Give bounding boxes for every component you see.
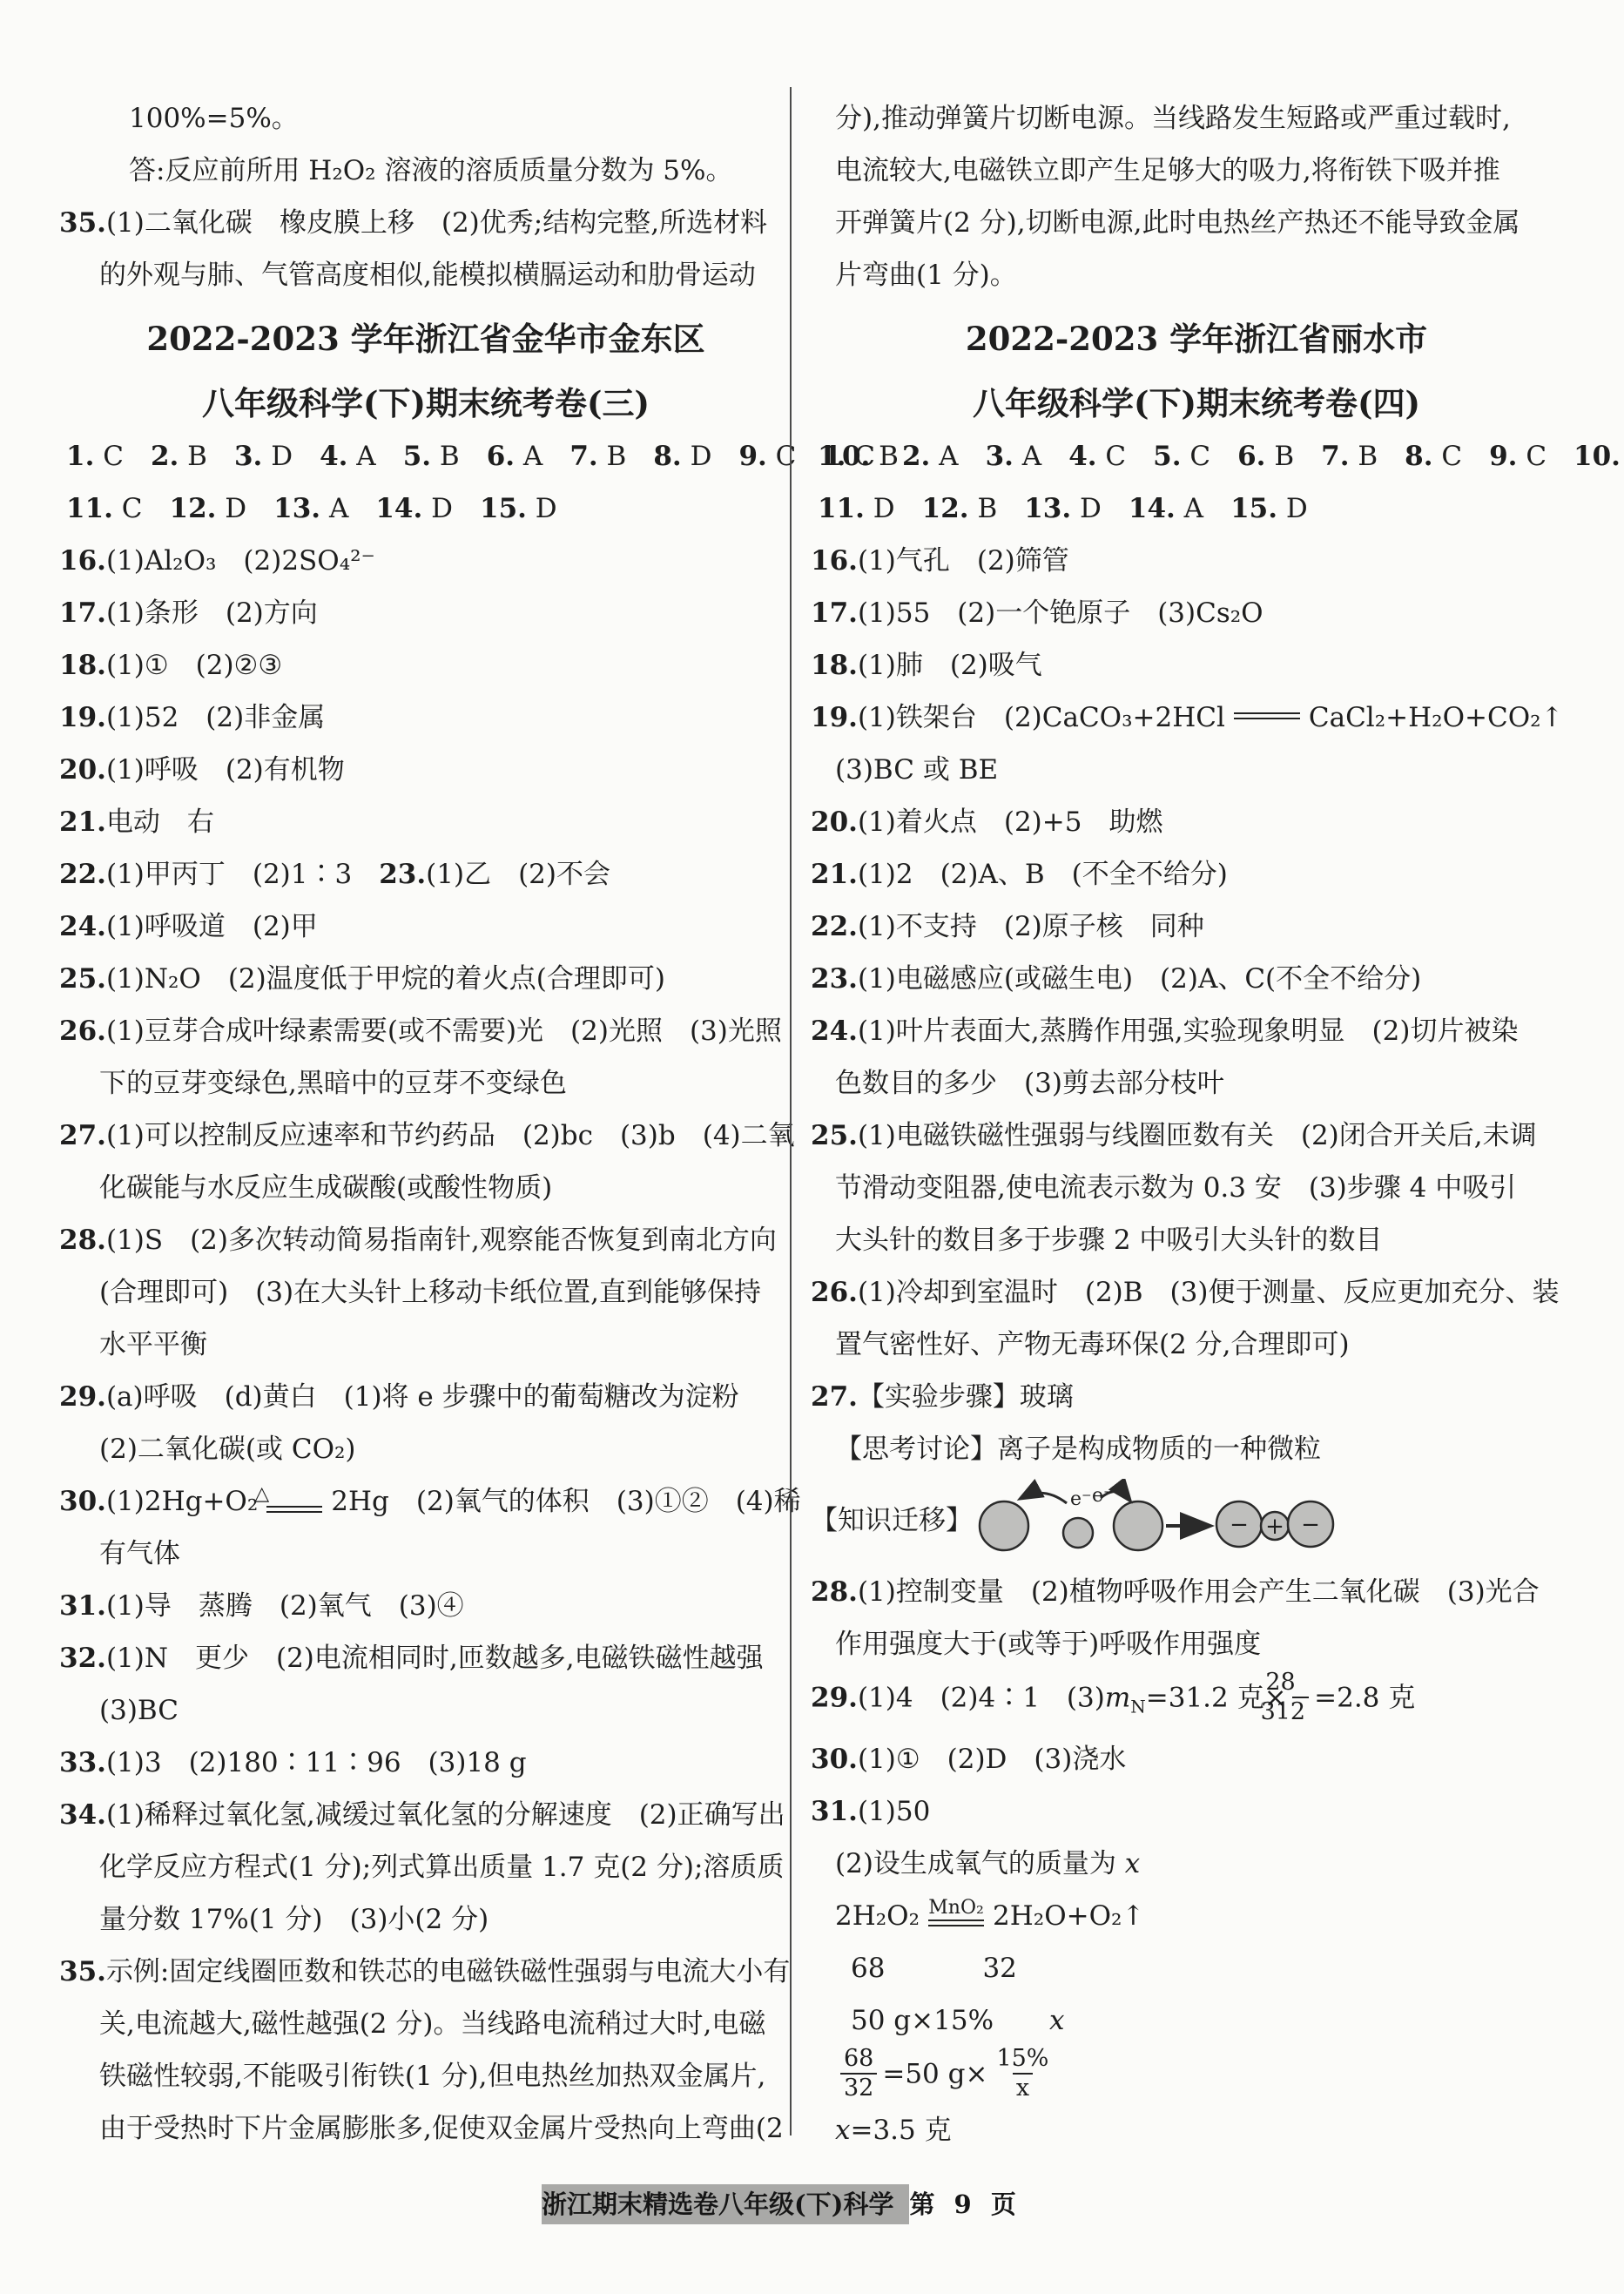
text-segment: (1)冷却到室温时 (2)B (3)便于测量、反应更加充分、装 [858,1277,1560,1308]
text-segment: (3)BC [99,1695,179,1726]
answer-item: 19.(1)铁架台 (2)CaCO₃+2HClCaCl₂+H₂O+CO₂↑ [811,692,1582,744]
worked-solution-line: 6832 [811,1942,1582,1994]
question-number: 24. [59,911,106,942]
answer-continuation-line: 关,电流越大,磁性越强(2 分)。当线路电流稍过大时,电磁 [59,1998,792,2050]
question-number: 29. [811,1683,858,1714]
exam-paper-title: 2022-2023 学年浙江省金华市金东区 [59,312,792,366]
page-footer: 浙江期末精选卷八年级(下)科学第 9 页 [542,2184,909,2224]
knowledge-transfer-line: 【知识迁移】 e⁻ e⁻ − + − [811,1475,1582,1566]
text-segment: D [216,493,273,524]
variable-text: x [1049,2005,1064,2036]
question-number: 6. [487,441,515,472]
variable-text: x [1125,1848,1140,1879]
text-segment: (1)豆芽合成叶绿素需要(或不需要)光 (2)光照 (3)光照 [106,1015,782,1047]
text-segment: (a)呼吸 (d)黄白 (1)将 e 步骤中的葡萄糖改为淀粉 [106,1381,739,1413]
worked-solution-line: 答:反应前所用 H₂O₂ 溶液的溶质质量分数为 5%。 [59,145,792,197]
answer-continuation-line: 色数目的多少 (3)剪去部分枝叶 [811,1057,1582,1110]
question-number: 2. [902,441,930,472]
text-segment: CaCl₂+H₂O+CO₂↑ [1309,702,1564,733]
atom-circle-small [1063,1518,1093,1548]
answer-continuation-line: x=3.5 克 [811,2104,1582,2156]
answer-continuation-line: 有气体 [59,1528,792,1580]
answer-continuation-line: 电流较大,电磁铁立即产生足够大的吸力,将衔铁下吸并推 [811,145,1582,197]
text-segment: C [113,493,170,524]
answer-item: 31.(1)50 [811,1785,1582,1838]
answer-continuation-line: 置气密性好、产物无毒环保(2 分,合理即可) [811,1319,1582,1371]
text-segment: 2022-2023 学年浙江省金华市金东区 [146,320,704,358]
question-number: 20. [59,754,106,786]
question-number: 7. [569,441,597,472]
question-number: 17. [59,597,106,629]
text-segment: 置气密性好、产物无毒环保(2 分,合理即可) [835,1329,1350,1360]
fraction: 15%x [993,2045,1052,2102]
question-number: 19. [59,702,106,733]
text-segment: (1)呼吸 (2)有机物 [106,754,345,786]
answer-item: 26.(1)豆芽合成叶绿素需要(或不需要)光 (2)光照 (3)光照 [59,1005,792,1057]
atom-circle-large-mid [1114,1501,1162,1550]
exam-paper-title: 2022-2023 学年浙江省丽水市 [811,312,1582,366]
question-number: 17. [811,597,858,629]
answer-continuation-line: 作用强度大于(或等于)呼吸作用强度 [811,1618,1582,1670]
answer-item: 20.(1)呼吸 (2)有机物 [59,744,792,796]
text-segment: 2H₂O+O₂↑ [993,1900,1144,1932]
answer-item: 18.(1)肺 (2)吸气 [811,639,1582,692]
text-segment: (1)不支持 (2)原子核 同种 [858,911,1204,942]
text-segment: 片弯曲(1 分)。 [835,260,1017,291]
answer-continuation-line: (3)BC 或 BE [811,744,1582,796]
exam-paper-title: 八年级科学(下)期末统考卷(三) [59,376,792,430]
question-number: 25. [811,1120,858,1151]
footer-book-title: 浙江期末精选卷八年级(下)科学 [542,2189,893,2219]
question-number: 28. [59,1225,106,1256]
question-number: 9. [1489,441,1517,472]
text-segment: 【思考讨论】离子是构成物质的一种微粒 [835,1434,1321,1465]
fraction-denominator: x [1013,2073,1033,2102]
text-segment: C [1517,441,1573,472]
answer-continuation-line: 【思考讨论】离子是构成物质的一种微粒 [811,1423,1582,1475]
question-number: 3. [986,441,1014,472]
text-segment: (1)条形 (2)方向 [106,597,318,629]
text-segment: (1)气孔 (2)筛管 [858,545,1069,577]
text-segment: 有气体 [99,1538,180,1569]
fraction-denominator: 32 [840,2073,877,2102]
text-segment: (1)着火点 (2)+5 助燃 [858,806,1163,838]
question-number: 14. [1129,493,1176,524]
question-number: 26. [59,1015,106,1047]
text-segment: 100%=5%。 [129,103,299,134]
text-segment: A [1014,441,1068,472]
answer-item: 18.(1)① (2)②③ [59,639,792,692]
text-segment: B [1265,441,1321,472]
variable-text: x [835,2115,850,2146]
question-number: 14. [375,493,422,524]
question-number: 31. [59,1590,106,1622]
answer-continuation-line: 分),推动弹簧片切断电源。当线路发生短路或严重过载时, [811,92,1582,145]
text-segment: 色数目的多少 (3)剪去部分枝叶 [835,1068,1224,1099]
answer-continuation-line: 由于受热时下片金属膨胀多,促使双金属片受热向上弯曲(2 [59,2102,792,2155]
text-segment: 关,电流越大,磁性越强(2 分)。当线路电流稍过大时,电磁 [99,2008,765,2040]
text-segment: B [179,441,234,472]
answer-item: 17.(1)55 (2)一个铯原子 (3)Cs₂O [811,587,1582,639]
atom-circle-large-left [980,1501,1028,1550]
question-number: 6. [1237,441,1265,472]
text-segment: 下的豆芽变绿色,黑暗中的豆芽不变绿色 [99,1068,567,1099]
answer-item: 21.电动 右 [59,796,792,848]
question-number: 23. [379,859,426,890]
text-segment: 大头针的数目多于步骤 2 中吸引大头针的数目 [835,1225,1382,1256]
answer-item: 17.(1)条形 (2)方向 [59,587,792,639]
text-segment: D [1621,441,1624,472]
text-segment: D [527,493,557,524]
question-number: 24. [811,1015,858,1047]
text-segment: (1)52 (2)非金属 [106,702,325,733]
question-number: 5. [1153,441,1181,472]
fraction: 6832 [840,2045,877,2102]
text-segment: 节滑动变阻器,使电流表示数为 0.3 安 (3)步骤 4 中吸引 [835,1172,1516,1204]
text-segment: 答:反应前所用 H₂O₂ 溶液的溶质质量分数为 5%。 [129,155,733,186]
answer-item: 19.(1)52 (2)非金属 [59,692,792,744]
text-segment: A [515,441,569,472]
text-segment: A [347,441,402,472]
answer-item: 29.(a)呼吸 (d)黄白 (1)将 e 步骤中的葡萄糖改为淀粉 [59,1371,792,1423]
choice-answers-row: 1. C 2. A 3. A 4. C 5. C 6. B 7. B 8. C … [811,430,1582,482]
column-divider [790,87,792,2135]
answer-item: 25.(1)N₂O (2)温度低于甲烷的着火点(合理即可) [59,953,792,1005]
question-number: 1. [818,441,846,472]
choice-answers-row: 11. C 12. D 13. A 14. D 15. D [59,482,792,535]
text-segment: D [262,441,320,472]
text-segment: A [320,493,375,524]
question-number: 1. [66,441,94,472]
question-number: 8. [653,441,681,472]
text-segment: C [1182,441,1238,472]
answer-continuation-line: 的外观与肺、气管高度相似,能模拟横膈运动和肋骨运动 [59,249,792,301]
text-segment: 2H₂O₂ [835,1900,920,1932]
variable-subscript: N [1130,1697,1146,1717]
question-number: 4. [1068,441,1096,472]
answer-continuation-line: (2)设生成氧气的质量为 x [811,1838,1582,1890]
text-segment: (1)控制变量 (2)植物呼吸作用会产生二氧化碳 (3)光合 [858,1576,1540,1608]
text-segment: 八年级科学(下)期末统考卷(四) [973,384,1420,422]
text-segment: 示例:固定线圈匝数和铁芯的电磁铁磁性强弱与电流大小有 [106,1956,790,1987]
text-segment: (1)稀释过氧化氢,减缓过氧化氢的分解速度 (2)正确写出 [106,1799,785,1831]
text-segment: (1)叶片表面大,蒸腾作用强,实验现象明显 (2)切片被染 [858,1015,1519,1047]
ion-transfer-diagram: e⁻ e⁻ − + − [976,1479,1368,1562]
text-segment: 化碳能与水反应生成碳酸(或酸性物质) [99,1172,552,1204]
answer-continuation-line: 6832=50 g×15%x [811,2047,1582,2104]
answer-continuation-line: 化学反应方程式(1 分);列式算出质量 1.7 克(2 分);溶质质 [59,1841,792,1893]
question-number: 18. [811,650,858,681]
answer-continuation-line: 节滑动变阻器,使电流表示数为 0.3 安 (3)步骤 4 中吸引 [811,1162,1582,1214]
fraction-numerator: 15% [993,2045,1052,2073]
answer-continuation-line: 化碳能与水反应生成碳酸(或酸性物质) [59,1162,792,1214]
question-number: 7. [1321,441,1349,472]
choice-answers-row: 11. D 12. B 13. D 14. A 15. D [811,482,1582,535]
text-segment: (3)BC 或 BE [835,754,998,786]
text-segment: 化学反应方程式(1 分);列式算出质量 1.7 克(2 分);溶质质 [99,1852,784,1883]
answer-continuation-line: 2H₂O₂MnO₂2H₂O+O₂↑ [811,1890,1582,1942]
answer-item: 35.(1)二氧化碳 橡皮膜上移 (2)优秀;结构完整,所选材料 [59,197,792,249]
text-segment: 电动 右 [106,806,214,838]
answer-continuation-line: 下的豆芽变绿色,黑暗中的豆芽不变绿色 [59,1057,792,1110]
text-segment: (合理即可) (3)在大头针上移动卡纸位置,直到能够保持 [99,1277,761,1308]
fraction-numerator: 68 [840,2045,877,2073]
answer-continuation-line: 片弯曲(1 分)。 [811,249,1582,301]
left-column: 100%=5%。答:反应前所用 H₂O₂ 溶液的溶质质量分数为 5%。35.(1… [59,92,792,2155]
question-number: 27. [59,1120,106,1151]
question-number: 33. [59,1747,106,1778]
text-segment: 50 g×15% [851,2005,994,2036]
text-segment: =50 g× [882,2058,987,2089]
text-segment: 电流较大,电磁铁立即产生足够大的吸力,将衔铁下吸并推 [835,155,1500,186]
fraction: 28312 [1292,1669,1310,1726]
question-number: 22. [811,911,858,942]
text-segment: (1)肺 (2)吸气 [858,650,1042,681]
question-number: 26. [811,1277,858,1308]
text-segment: (1)4 (2)4∶1 (3) [858,1683,1105,1714]
text-segment: (1)① (2)D (3)浇水 [858,1744,1126,1775]
answer-item: 35.示例:固定线圈匝数和铁芯的电磁铁磁性强弱与电流大小有 [59,1946,792,1998]
question-number: 11. [66,493,113,524]
text-segment: (1)2 (2)A、B (不全不给分) [858,859,1228,890]
text-segment: 作用强度大于(或等于)呼吸作用强度 [835,1629,1261,1660]
text-segment: C [94,441,151,472]
text-segment: (1)铁架台 (2)CaCO₃+2HCl [858,702,1225,733]
question-number: 11. [818,493,865,524]
answer-continuation-line: 大头针的数目多于步骤 2 中吸引大头针的数目 [811,1214,1582,1266]
question-number: 28. [811,1576,858,1608]
question-number: 18. [59,650,106,681]
text-segment: A [1176,493,1230,524]
text-segment: D [865,493,922,524]
answer-item: 30.(1)① (2)D (3)浇水 [811,1733,1582,1785]
cation-sign: + [1265,1514,1284,1540]
answer-item: 16.(1)气孔 (2)筛管 [811,535,1582,587]
text-segment: (1)Al₂O₃ (2)2SO₄²⁻ [106,545,375,577]
text-segment: =2.8 克 [1314,1683,1415,1714]
equation-condition-stack: MnO₂ [928,1897,984,1926]
question-number: 23. [811,963,858,995]
double-equals-line [266,1506,322,1513]
text-segment: 分),推动弹簧片切断电源。当线路发生短路或严重过载时, [835,103,1511,134]
text-segment: B [1350,441,1405,472]
question-number: 8. [1405,441,1432,472]
question-number: 16. [811,545,858,577]
question-number: 12. [170,493,217,524]
answer-item: 24.(1)叶片表面大,蒸腾作用强,实验现象明显 (2)切片被染 [811,1005,1582,1057]
text-segment: 2Hg (2)氧气的体积 (3)①② (4)稀 [331,1486,800,1517]
answer-continuation-line: (3)BC [59,1684,792,1737]
question-number: 21. [811,859,858,890]
text-segment: C [1097,441,1154,472]
answer-item: 25.(1)电磁铁磁性强弱与线圈匝数有关 (2)闭合开关后,未调 [811,1110,1582,1162]
question-number: 21. [59,806,106,838]
question-number: 19. [811,702,858,733]
answer-item: 22.(1)甲丙丁 (2)1∶3 23.(1)乙 (2)不会 [59,848,792,901]
exam-paper-title: 八年级科学(下)期末统考卷(四) [811,376,1582,430]
fraction-denominator: 312 [1292,1697,1310,1726]
text-segment: (1)① (2)②③ [106,650,282,681]
question-number: 29. [59,1381,106,1413]
anion-sign-right: − [1301,1512,1320,1538]
text-segment: D [422,493,480,524]
anion-sign-left: − [1230,1512,1249,1538]
electron-label-2: e⁻ [1092,1485,1114,1507]
question-number: 13. [273,493,320,524]
equation-condition-stack: △ [266,1483,322,1513]
text-segment: D [1277,493,1308,524]
text-segment: (1)50 [858,1796,930,1827]
text-segment: (1)2Hg+O₂ [106,1486,258,1517]
question-number: 20. [811,806,858,838]
text-segment: 68 [851,1953,885,1984]
text-segment: 32 [982,1953,1016,1984]
question-number: 32. [59,1643,106,1674]
answer-item: 28.(1)控制变量 (2)植物呼吸作用会产生二氧化碳 (3)光合 [811,1566,1582,1618]
electron-arrow-left [1021,1493,1067,1503]
answer-item: 34.(1)稀释过氧化氢,减缓过氧化氢的分解速度 (2)正确写出 [59,1789,792,1841]
text-segment: 2022-2023 学年浙江省丽水市 [966,320,1427,358]
answer-item: 22.(1)不支持 (2)原子核 同种 [811,901,1582,953]
answer-item: 28.(1)S (2)多次转动简易指南针,观察能否恢复到南北方向 [59,1214,792,1266]
text-segment: (1)电磁铁磁性强弱与线圈匝数有关 (2)闭合开关后,未调 [858,1120,1537,1151]
text-segment: C [1433,441,1490,472]
answer-continuation-line: (合理即可) (3)在大头针上移动卡纸位置,直到能够保持 [59,1266,792,1319]
answer-continuation-line: (2)二氧化碳(或 CO₂) [59,1423,792,1475]
text-segment: (1)S (2)多次转动简易指南针,观察能否恢复到南北方向 [106,1225,777,1256]
question-number: 3. [234,441,262,472]
answer-item: 32.(1)N 更少 (2)电流相同时,匝数越多,电磁铁磁性越强 [59,1632,792,1684]
question-number: 12. [922,493,969,524]
double-equals-line [928,1920,984,1926]
question-number: 15. [1230,493,1277,524]
text-segment: 开弹簧片(2 分),切断电源,此时电热丝产热还不能导致金属 [835,207,1520,239]
text-segment: (1)3 (2)180∶11∶96 (3)18 g [106,1747,527,1778]
answer-item: 26.(1)冷却到室温时 (2)B (3)便于测量、反应更加充分、装 [811,1266,1582,1319]
variable-text: m [1105,1683,1130,1714]
question-number: 35. [59,207,106,239]
answer-item: 16.(1)Al₂O₃ (2)2SO₄²⁻ [59,535,792,587]
electron-label-1: e⁻ [1070,1488,1092,1510]
text-segment: (1)呼吸道 (2)甲 [106,911,318,942]
text-segment: 铁磁性较弱,不能吸引衔铁(1 分),但电热丝加热双金属片, [99,2061,765,2092]
text-segment: (1)电磁感应(或磁生电) (2)A、C(不全不给分) [858,963,1421,995]
footer-page-number: 第 9 页 [909,2189,1021,2219]
text-segment: A [930,441,985,472]
text-segment: 【知识迁移】 [811,1494,973,1547]
equation-condition-label: MnO₂ [928,1897,984,1920]
worked-solution-line: 100%=5%。 [59,92,792,145]
answer-continuation-line: 铁磁性较弱,不能吸引衔铁(1 分),但电热丝加热双金属片, [59,2050,792,2102]
answer-item: 29.(1)4 (2)4∶1 (3)mN=31.2 克×28312=2.8 克 [811,1670,1582,1733]
answer-item: 31.(1)导 蒸腾 (2)氧气 (3)④ [59,1580,792,1632]
text-segment: (1)乙 (2)不会 [426,859,610,890]
question-number: 10. [1573,441,1621,472]
answer-item: 24.(1)呼吸道 (2)甲 [59,901,792,953]
answer-item: 27.(1)可以控制反应速率和节约药品 (2)bc (3)b (4)二氧 [59,1110,792,1162]
text-segment: 水平平衡 [99,1329,207,1360]
question-number: 5. [403,441,431,472]
text-segment: (1)N₂O (2)温度低于甲烷的着火点(合理即可) [106,963,665,995]
question-number: 34. [59,1799,106,1831]
text-segment: C [846,441,902,472]
worked-solution-line: 50 g×15%x [811,1994,1582,2047]
answer-continuation-line: 开弹簧片(2 分),切断电源,此时电热丝产热还不能导致金属 [811,197,1582,249]
text-segment: =3.5 克 [850,2115,951,2146]
question-number: 22. [59,859,106,890]
double-equals-line [1234,712,1300,719]
question-number: 35. [59,1956,106,1987]
answer-item: 30.(1)2Hg+O₂△2Hg (2)氧气的体积 (3)①② (4)稀 [59,1475,792,1528]
answer-continuation-line: 量分数 17%(1 分) (3)小(2 分) [59,1893,792,1946]
fraction-numerator: 28 [1297,1669,1304,1697]
answer-item: 33.(1)3 (2)180∶11∶96 (3)18 g [59,1737,792,1789]
text-segment: B [598,441,654,472]
answer-continuation-line: 水平平衡 [59,1319,792,1371]
question-number: 13. [1024,493,1071,524]
scanned-answer-page: 100%=5%。答:反应前所用 H₂O₂ 溶液的溶质质量分数为 5%。35.(1… [0,0,1624,2294]
question-number: 4. [320,441,347,472]
choice-answers-row: 1. C 2. B 3. D 4. A 5. B 6. A 7. B 8. D … [59,430,792,482]
text-segment: 量分数 17%(1 分) (3)小(2 分) [99,1904,489,1935]
text-segment: D [1071,493,1129,524]
answer-item: 23.(1)电磁感应(或磁生电) (2)A、C(不全不给分) [811,953,1582,1005]
text-segment: (1)N 更少 (2)电流相同时,匝数越多,电磁铁磁性越强 [106,1643,764,1674]
text-segment: 【实验步骤】玻璃 [858,1381,1074,1413]
text-segment: 的外观与肺、气管高度相似,能模拟横膈运动和肋骨运动 [99,260,756,291]
text-segment: (2)二氧化碳(或 CO₂) [99,1434,356,1465]
text-segment: (2)设生成氧气的质量为 [835,1848,1125,1879]
text-segment: 八年级科学(下)期末统考卷(三) [202,384,650,422]
question-number: 27. [811,1381,858,1413]
question-number: 9. [738,441,766,472]
text-segment: B [969,493,1025,524]
answer-item: 27.【实验步骤】玻璃 [811,1371,1582,1423]
question-number: 30. [811,1744,858,1775]
right-column: 分),推动弹簧片切断电源。当线路发生短路或严重过载时,电流较大,电磁铁立即产生足… [811,92,1582,2156]
text-segment: (1)55 (2)一个铯原子 (3)Cs₂O [858,597,1263,629]
text-segment: (1)导 蒸腾 (2)氧气 (3)④ [106,1590,464,1622]
question-number: 2. [151,441,179,472]
text-segment: (1)可以控制反应速率和节约药品 (2)bc (3)b (4)二氧 [106,1120,795,1151]
text-segment: (1)甲丙丁 (2)1∶3 [106,859,379,890]
text-segment: D [682,441,739,472]
question-number: 16. [59,545,106,577]
question-number: 15. [480,493,527,524]
answer-item: 21.(1)2 (2)A、B (不全不给分) [811,848,1582,901]
question-number: 31. [811,1796,858,1827]
text-segment: (1)二氧化碳 橡皮膜上移 (2)优秀;结构完整,所选材料 [106,207,767,239]
text-segment: 由于受热时下片金属膨胀多,促使双金属片受热向上弯曲(2 [99,2113,784,2144]
text-segment: B [431,441,487,472]
answer-item: 20.(1)着火点 (2)+5 助燃 [811,796,1582,848]
question-number: 30. [59,1486,106,1517]
question-number: 25. [59,963,106,995]
